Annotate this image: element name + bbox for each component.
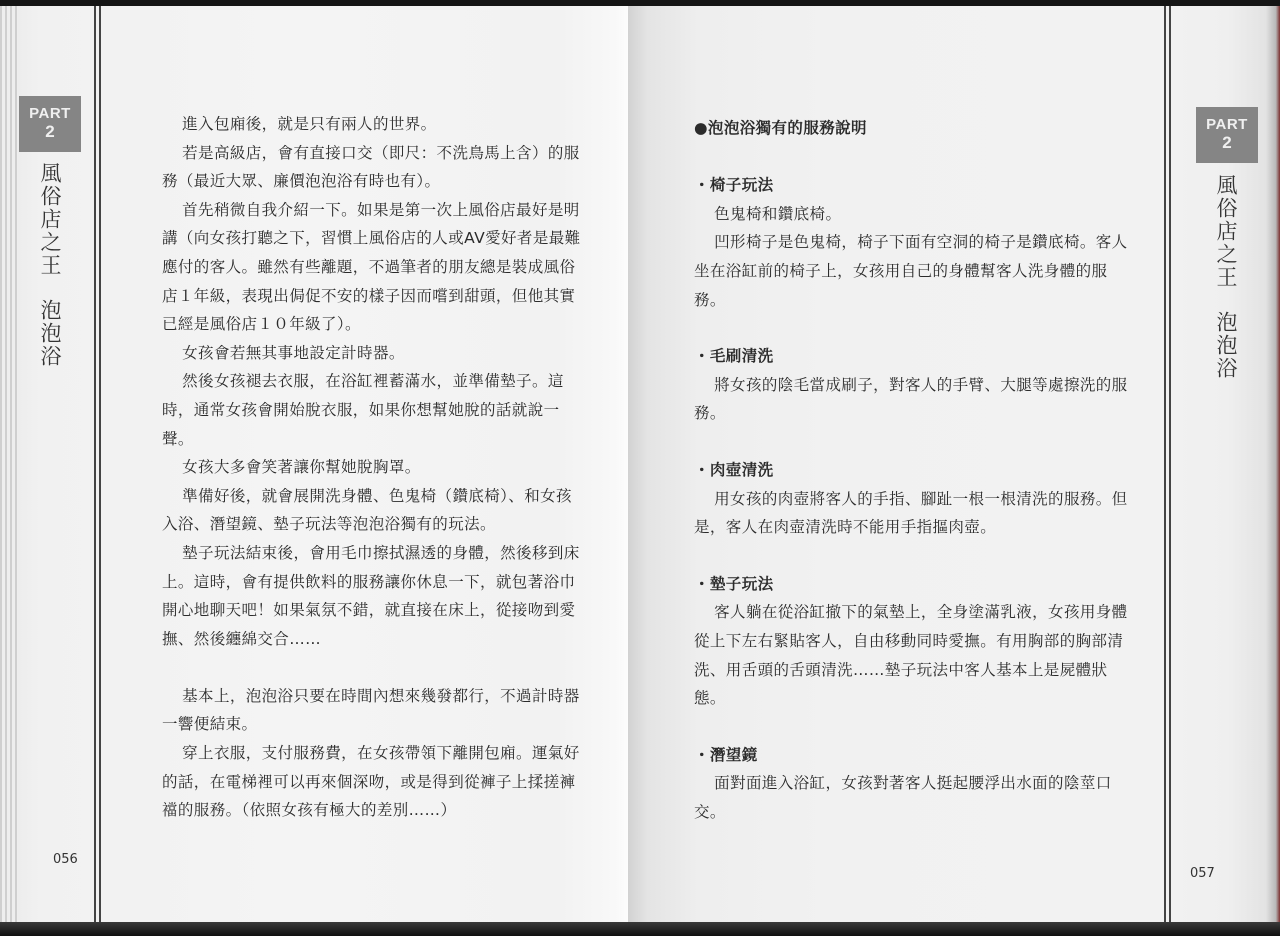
service-item: ・潛望鏡 面對面進入浴缸，女孩對著客人挺起腰浮出水面的陰莖口交。: [694, 741, 1130, 827]
paragraph-gap: [694, 143, 1130, 172]
scan-bottom-edge: [0, 922, 1280, 936]
service-item-title: ・肉壺清洗: [694, 456, 1130, 485]
paragraph: 墊子玩法結束後，會用毛巾擦拭濕透的身體，然後移到床上。這時，會有提供飲料的服務讓…: [162, 539, 582, 653]
paragraph: 進入包廂後，就是只有兩人的世界。: [162, 110, 582, 139]
chapter-title-main: 風俗店之王: [1214, 174, 1238, 289]
margin-rule-outer: [1169, 6, 1171, 926]
part-number: 2: [1196, 134, 1258, 152]
page-edge-stack: [1266, 6, 1280, 926]
left-page: PART 2 風俗店之王泡泡浴 進入包廂後，就是只有兩人的世界。 若是高級店，會…: [0, 6, 628, 926]
margin-rule-outer: [94, 6, 96, 926]
right-body-text: ●泡泡浴獨有的服務說明 ・椅子玩法 色鬼椅和鑽底椅。 凹形椅子是色鬼椅，椅子下面…: [694, 114, 1130, 854]
paragraph: 首先稍微自我介紹一下。如果是第一次上風俗店最好是明講（向女孩打聽之下，習慣上風俗…: [162, 196, 582, 339]
paragraph: 凹形椅子是色鬼椅，椅子下面有空洞的椅子是鑽底椅。客人坐在浴缸前的椅子上，女孩用自…: [694, 228, 1130, 314]
chapter-side-title: 風俗店之王泡泡浴: [38, 162, 62, 368]
part-label: PART: [1196, 116, 1258, 134]
part-tab: PART 2: [1196, 107, 1258, 163]
section-title: ●泡泡浴獨有的服務說明: [694, 114, 1130, 143]
paragraph: 色鬼椅和鑽底椅。: [694, 200, 1130, 229]
paragraph: 將女孩的陰毛當成刷子，對客人的手臂、大腿等處擦洗的服務。: [694, 371, 1130, 428]
service-item-title: ・椅子玩法: [694, 171, 1130, 200]
paragraph: 面對面進入浴缸，女孩對著客人挺起腰浮出水面的陰莖口交。: [694, 769, 1130, 826]
part-number: 2: [19, 123, 81, 141]
paragraph: 準備好後，就會展開洗身體、色鬼椅（鑽底椅）、和女孩入浴、潛望鏡、墊子玩法等泡泡浴…: [162, 482, 582, 539]
service-item-title: ・毛刷清洗: [694, 342, 1130, 371]
chapter-title-sub: 泡泡浴: [38, 299, 62, 368]
part-label: PART: [19, 105, 81, 123]
chapter-title-sub: 泡泡浴: [1214, 311, 1238, 380]
paragraph: 基本上，泡泡浴只要在時間內想來幾發都行，不過計時器一響便結束。: [162, 682, 582, 739]
margin-rule-inner: [1164, 6, 1166, 926]
left-body-text: 進入包廂後，就是只有兩人的世界。 若是高級店，會有直接口交（即尺：不洗鳥馬上含）…: [162, 110, 582, 825]
page-edge-stack: [0, 6, 18, 926]
chapter-side-title: 風俗店之王泡泡浴: [1214, 174, 1238, 380]
service-item: ・椅子玩法 色鬼椅和鑽底椅。 凹形椅子是色鬼椅，椅子下面有空洞的椅子是鑽底椅。客…: [694, 171, 1130, 314]
part-tab: PART 2: [19, 96, 81, 152]
paragraph: 客人躺在從浴缸撤下的氣墊上，全身塗滿乳液，女孩用身體從上下左右緊貼客人，自由移動…: [694, 598, 1130, 712]
service-item-title: ・墊子玩法: [694, 570, 1130, 599]
paragraph: 若是高級店，會有直接口交（即尺：不洗鳥馬上含）的服務（最近大眾、廉價泡泡浴有時也…: [162, 139, 582, 196]
service-item-title: ・潛望鏡: [694, 741, 1130, 770]
margin-rule-inner: [99, 6, 101, 926]
right-page: PART 2 風俗店之王泡泡浴 ●泡泡浴獨有的服務說明 ・椅子玩法 色鬼椅和鑽底…: [628, 6, 1280, 926]
paragraph: 然後女孩褪去衣服，在浴缸裡蓄滿水，並準備墊子。這時，通常女孩會開始脫衣服，如果你…: [162, 367, 582, 453]
paragraph: 女孩會若無其事地設定計時器。: [162, 339, 582, 368]
service-item: ・毛刷清洗 將女孩的陰毛當成刷子，對客人的手臂、大腿等處擦洗的服務。: [694, 342, 1130, 428]
paragraph: 穿上衣服，支付服務費，在女孩帶領下離開包廂。運氣好的話，在電梯裡可以再來個深吻，…: [162, 739, 582, 825]
page-number: 056: [53, 852, 78, 867]
paragraph: 女孩大多會笑著讓你幫她脫胸罩。: [162, 453, 582, 482]
paragraph-gap: [162, 653, 582, 682]
page-number: 057: [1190, 866, 1215, 881]
book-spread: PART 2 風俗店之王泡泡浴 進入包廂後，就是只有兩人的世界。 若是高級店，會…: [0, 6, 1280, 926]
service-item: ・肉壺清洗 用女孩的肉壺將客人的手指、腳趾一根一根清洗的服務。但是，客人在肉壺清…: [694, 456, 1130, 542]
paragraph: 用女孩的肉壺將客人的手指、腳趾一根一根清洗的服務。但是，客人在肉壺清洗時不能用手…: [694, 485, 1130, 542]
chapter-title-main: 風俗店之王: [38, 162, 62, 277]
service-item: ・墊子玩法 客人躺在從浴缸撤下的氣墊上，全身塗滿乳液，女孩用身體從上下左右緊貼客…: [694, 570, 1130, 713]
